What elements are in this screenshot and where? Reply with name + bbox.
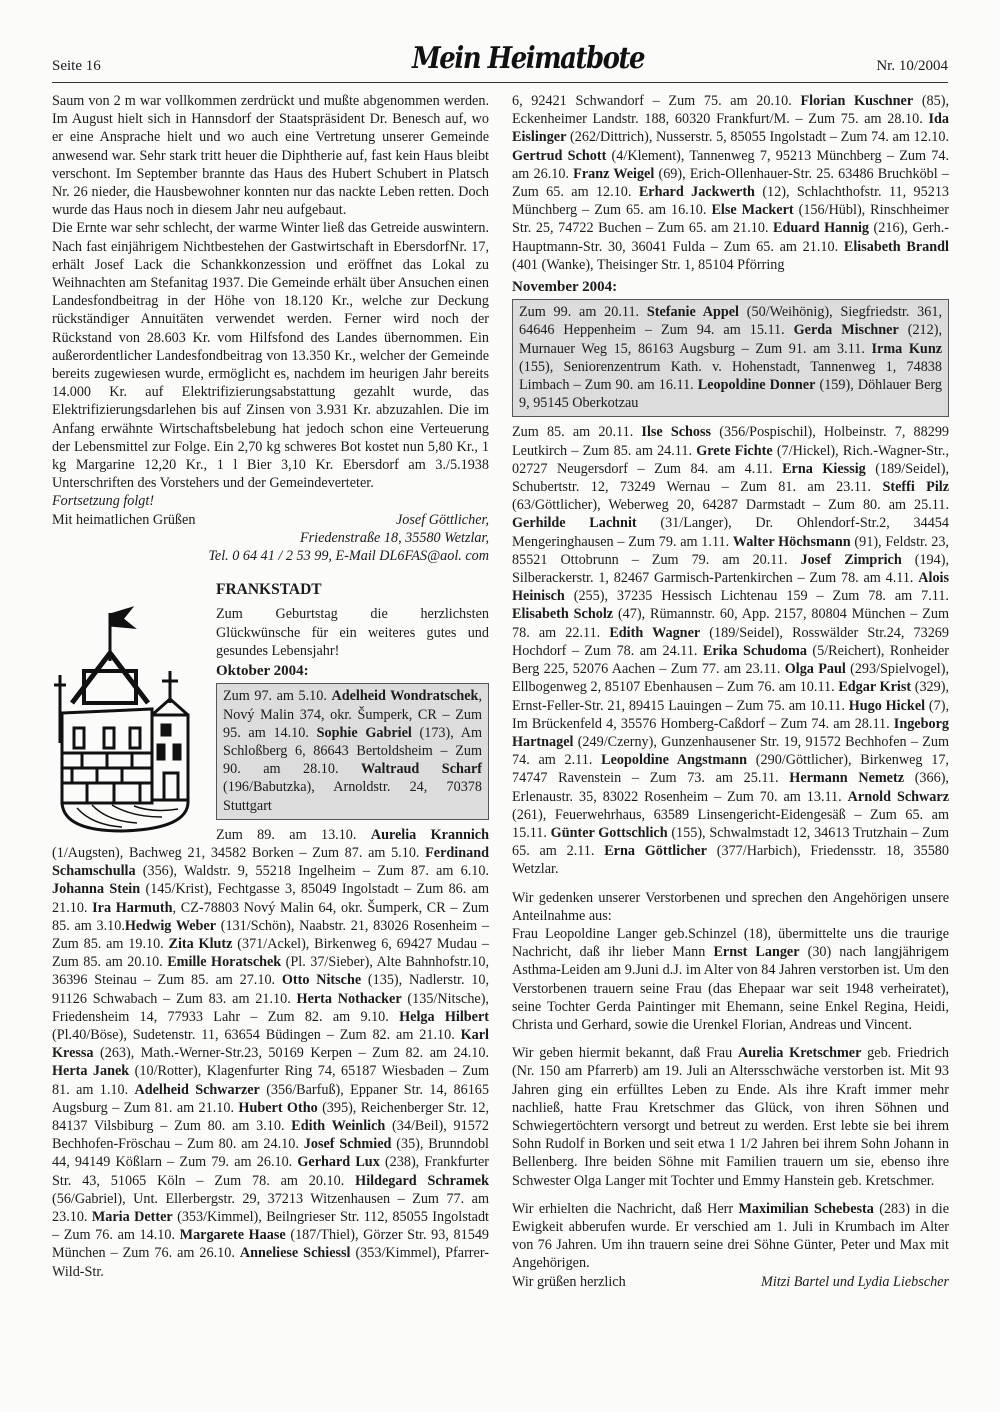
- obituary: Frau Leopoldine Langer geb.Schinzel (18)…: [512, 925, 949, 1034]
- person-name: Aurelia Kretschmer: [738, 1045, 861, 1061]
- person-name: Josef Zimprich: [801, 552, 902, 568]
- person-name: Hildegard Schramek: [355, 1173, 489, 1189]
- person-name: Gertrud Schott: [512, 148, 606, 164]
- person-name: Irma Kunz: [872, 341, 942, 357]
- obituary: Wir geben hiermit bekannt, daß Frau Aure…: [512, 1044, 949, 1190]
- section-title: FRANKSTADT: [216, 581, 489, 599]
- person-name: Franz Weigel: [573, 166, 654, 182]
- person-name: Anneliese Schiessl: [240, 1245, 351, 1261]
- person-name: Grete Fichte: [696, 443, 772, 459]
- person-name: Ferdinand Schamschulla: [52, 845, 489, 879]
- person-name: Johanna Stein: [52, 881, 140, 897]
- person-name: Leopoldine Donner: [698, 377, 816, 393]
- right-column: 6, 92421 Schwandorf – Zum 75. am 20.10. …: [512, 92, 949, 1291]
- person-name: Helga Hilbert: [399, 1009, 489, 1025]
- person-name: Leopoldine Angstmann: [601, 752, 747, 768]
- person-name: Ida Eislinger: [512, 111, 949, 145]
- person-name: Gerhilde Lachnit: [512, 515, 637, 531]
- signature-line: Mit heimatlichen Grüßen Josef Göttlicher…: [52, 511, 489, 529]
- person-name: Stefanie Appel: [647, 304, 739, 320]
- person-name: Sophie Gabriel: [317, 725, 412, 741]
- person-name: Edith Wagner: [609, 625, 700, 641]
- issue-number: Nr. 10/2004: [876, 58, 948, 75]
- person-name: Erhard Jackwerth: [639, 184, 755, 200]
- november-birthday-list: Zum 85. am 20.11. Ilse Schoss (356/Pospi…: [512, 423, 949, 878]
- person-name: Florian Kuschner: [800, 93, 913, 109]
- person-name: Else Mackert: [711, 202, 793, 218]
- masthead-logo: Mein Heimatbote: [412, 42, 644, 77]
- person-name: Walter Höchsmann: [733, 534, 851, 550]
- obituary: Wir erhielten die Nachricht, daß Herr Ma…: [512, 1200, 949, 1273]
- person-name: Alois Heinisch: [512, 570, 949, 604]
- birthday-intro: Zum Geburtstag die herzlichsten Glückwün…: [216, 605, 489, 660]
- person-name: Zita Klutz: [169, 936, 233, 952]
- left-column: Saum von 2 m war vollkommen zerdrückt un…: [52, 92, 489, 1281]
- person-name: Ira Harmuth: [92, 900, 172, 916]
- person-name: Günter Gottschlich: [551, 825, 668, 841]
- november-highlight-box: Zum 99. am 20.11. Stefanie Appel (50/Wei…: [512, 299, 949, 417]
- person-name: Adelheid Wondratschek: [331, 688, 478, 704]
- closing-signature: Mitzi Bartel und Lydia Liebscher: [761, 1273, 949, 1291]
- closing-line: Wir grüßen herzlich Mitzi Bartel und Lyd…: [512, 1273, 949, 1291]
- person-name: Josef Schmied: [304, 1136, 392, 1152]
- person-name: Steffi Pilz: [882, 479, 949, 495]
- person-name: Elisabeth Brandl: [844, 239, 949, 255]
- page-number: Seite 16: [52, 58, 101, 75]
- person-name: Gerhard Lux: [297, 1154, 379, 1170]
- person-name: Herta Janek: [52, 1063, 129, 1079]
- person-name: Ernst Langer: [713, 944, 799, 960]
- november-heading: November 2004:: [512, 278, 949, 296]
- person-name: Elisabeth Scholz: [512, 606, 613, 622]
- chronicle-paragraph: Die Ernte war sehr schlecht, der warme W…: [52, 219, 489, 492]
- october-birthday-list: Zum 89. am 13.10. Aurelia Krannich (1/Au…: [52, 826, 489, 1281]
- october-birthday-list-continued: 6, 92421 Schwandorf – Zum 75. am 20.10. …: [512, 92, 949, 274]
- author-name: Josef Göttlicher,: [396, 511, 489, 529]
- person-name: Eduard Hannig: [773, 220, 869, 236]
- person-name: Maximilian Schebesta: [738, 1201, 873, 1217]
- person-name: Maria Detter: [92, 1209, 173, 1225]
- person-name: Edgar Krist: [838, 679, 911, 695]
- person-name: Erna Göttlicher: [604, 843, 707, 859]
- person-name: Gerda Mischner: [794, 322, 899, 338]
- author-address: Friedenstraße 18, 35580 Wetzlar,: [52, 529, 489, 547]
- condolence-intro: Wir gedenken unserer Verstorbenen und sp…: [512, 889, 949, 925]
- person-name: Hermann Nemetz: [789, 770, 904, 786]
- person-name: Edith Weinlich: [291, 1118, 385, 1134]
- person-name: Adelheid Schwarzer: [134, 1082, 259, 1098]
- continued-note: Fortsetzung folgt!: [52, 492, 489, 510]
- greeting: Mit heimatlichen Grüßen: [52, 511, 195, 529]
- person-name: Arnold Schwarz: [848, 789, 949, 805]
- person-name: Hedwig Weber: [125, 918, 216, 934]
- person-name: Karl Kressa: [52, 1027, 489, 1061]
- chronicle-paragraph: Saum von 2 m war vollkommen zerdrückt un…: [52, 92, 489, 219]
- closing-greeting: Wir grüßen herzlich: [512, 1273, 626, 1291]
- person-name: Erika Schudoma: [703, 643, 807, 659]
- person-name: Emille Horatschek: [167, 954, 281, 970]
- author-contact: Tel. 0 64 41 / 2 53 99, E-Mail DL6FAS@ao…: [52, 547, 489, 565]
- castle-coat-of-arms-icon: [52, 603, 202, 833]
- october-highlight-box: Zum 97. am 5.10. Adelheid Wondratschek, …: [216, 683, 489, 819]
- person-name: Erna Kiessig: [782, 461, 866, 477]
- person-name: Waltraud Scharf: [361, 761, 482, 777]
- frankstadt-section: FRANKSTADT Zum Geburtstag die herzlichst…: [52, 581, 489, 819]
- person-name: Olga Paul: [785, 661, 846, 677]
- page-header: Seite 16 Mein Heimatbote Nr. 10/2004: [52, 48, 948, 83]
- person-name: Ingeborg Hartnagel: [512, 716, 949, 750]
- october-heading: Oktober 2004:: [216, 662, 489, 680]
- person-name: Aurelia Krannich: [371, 827, 489, 843]
- person-name: Ilse Schoss: [641, 424, 711, 440]
- person-name: Hugo Hickel: [849, 698, 925, 714]
- person-name: Otto Nitsche: [282, 972, 361, 988]
- person-name: Margarete Haase: [180, 1227, 286, 1243]
- person-name: Herta Nothacker: [297, 991, 402, 1007]
- person-name: Hubert Otho: [238, 1100, 317, 1116]
